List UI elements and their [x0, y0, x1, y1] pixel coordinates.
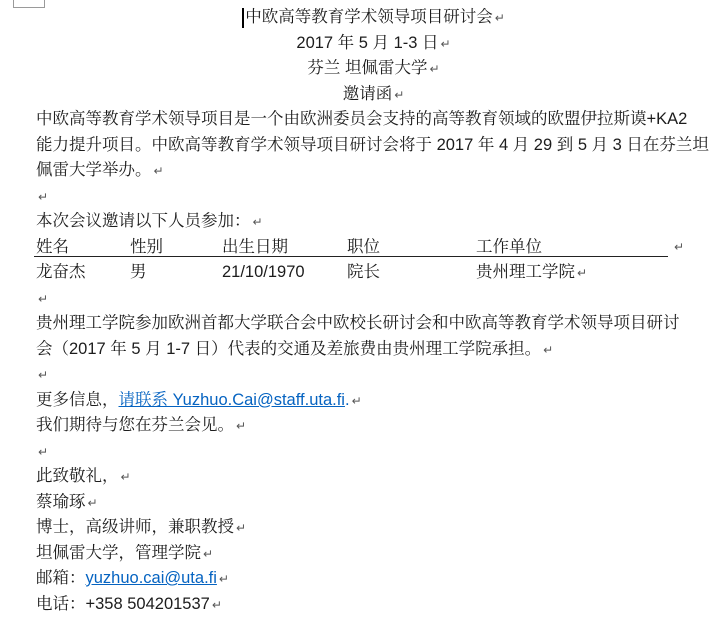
paragraph-mark-icon: ↵ [217, 572, 229, 586]
paragraph-mark-icon: ↵ [201, 547, 213, 561]
empty-line: ↵ [36, 362, 711, 388]
paragraph-mark-icon: ↵ [210, 598, 222, 612]
paragraph-mark-icon: ↵ [428, 62, 440, 76]
table-header-row: 姓名 性别 出生日期 职位 工作单位 ↵ [36, 235, 711, 261]
paragraph-mark-icon: ↵ [86, 496, 98, 510]
event-date: 2017 年 5 月 1-3 日 [296, 34, 438, 52]
event-location: 芬兰 坦佩雷大学 [307, 59, 427, 77]
paragraph-mark-icon: ↵ [36, 445, 48, 459]
empty-line: ↵ [36, 286, 711, 312]
signer-email-link[interactable]: yuzhuo.cai@uta.fi [86, 569, 217, 587]
paragraph-mark-icon: ↵ [36, 368, 48, 382]
signer-titles-line: 博士，高级讲师，兼职教授↵ [36, 515, 711, 541]
signer-name-line: 蔡瑜琢↵ [36, 490, 711, 516]
signer-affiliation: 坦佩雷大学，管理学院 [36, 544, 201, 562]
expense-text: 贵州理工学院参加欧洲首都大学联合会中欧校长研讨会和中欧高等教育学术领导项目研讨 [36, 314, 680, 332]
paragraph-mark-icon: ↵ [493, 11, 505, 25]
email-label: 邮箱： [36, 569, 86, 587]
paragraph-mark-icon: ↵ [152, 164, 164, 178]
intro-paragraph-line: 佩雷大学举办。↵ [36, 158, 711, 184]
cell-gender: 男 [130, 260, 147, 286]
salute-line: 此致敬礼，↵ [36, 464, 711, 490]
intro-text: 中欧高等教育学术领导项目是一个由欧洲委员会支持的高等教育领域的欧盟伊拉斯谟+KA… [36, 110, 687, 128]
text-cursor [242, 8, 244, 28]
intro-text: 能力提升项目。中欧高等教育学术领导项目研讨会将于 2017 年 4 月 29 到… [36, 136, 709, 154]
paragraph-mark-icon: ↵ [575, 266, 587, 280]
paragraph-mark-icon: ↵ [234, 419, 246, 433]
more-info-suffix: . [345, 391, 350, 409]
paragraph-mark-icon: ↵ [672, 235, 684, 261]
contact-email-link[interactable]: 请联系 Yuzhuo.Cai@staff.uta.fi [119, 391, 345, 409]
expense-paragraph-line: 贵州理工学院参加欧洲首都大学联合会中欧校长研讨会和中欧高等教育学术领导项目研讨 [36, 311, 711, 337]
empty-line: ↵ [36, 439, 711, 465]
doc-title: 中欧高等教育学术领导项目研讨会 [245, 8, 493, 26]
letter-subject: 邀请函 [343, 85, 393, 103]
paragraph-mark-icon: ↵ [36, 190, 48, 204]
phone-line: 电话：+358 504201537↵ [36, 592, 711, 618]
invite-lead-line: 本次会议邀请以下人员参加：↵ [36, 209, 711, 235]
paragraph-mark-icon: ↵ [541, 343, 553, 357]
document-page: 中欧高等教育学术领导项目研讨会↵ 2017 年 5 月 1-3 日↵ 芬兰 坦佩… [0, 0, 717, 635]
intro-paragraph-line: 能力提升项目。中欧高等教育学术领导项目研讨会将于 2017 年 4 月 29 到… [36, 133, 711, 159]
signer-phone: +358 504201537 [86, 595, 210, 613]
paragraph-mark-icon: ↵ [234, 521, 246, 535]
cell-name: 龙奋杰 [36, 260, 86, 286]
signer-affiliation-line: 坦佩雷大学，管理学院↵ [36, 541, 711, 567]
date-line: 2017 年 5 月 1-3 日↵ [36, 31, 711, 57]
expect-line: 我们期待与您在芬兰会见。↵ [36, 413, 711, 439]
invite-lead-text: 本次会议邀请以下人员参加： [36, 212, 251, 230]
more-info-line: 更多信息，请联系 Yuzhuo.Cai@staff.uta.fi.↵ [36, 388, 711, 414]
paragraph-mark-icon: ↵ [119, 470, 131, 484]
document-body: 中欧高等教育学术领导项目研讨会↵ 2017 年 5 月 1-3 日↵ 芬兰 坦佩… [0, 5, 717, 617]
salute-text: 此致敬礼， [36, 467, 119, 485]
header-underline [34, 256, 668, 257]
paragraph-mark-icon: ↵ [392, 88, 404, 102]
subject-line: 邀请函↵ [36, 82, 711, 108]
expect-text: 我们期待与您在芬兰会见。 [36, 416, 234, 434]
email-line: 邮箱：yuzhuo.cai@uta.fi↵ [36, 566, 711, 592]
table-row: 龙奋杰 男 21/10/1970 院长 贵州理工学院↵ [36, 260, 711, 286]
cell-position: 院长 [347, 260, 380, 286]
cell-birthdate: 21/10/1970 [222, 260, 305, 286]
signer-titles: 博士，高级讲师，兼职教授 [36, 518, 234, 536]
cell-workunit: 贵州理工学院↵ [476, 260, 587, 287]
intro-text: 佩雷大学举办。 [36, 161, 152, 179]
paragraph-mark-icon: ↵ [251, 215, 263, 229]
paragraph-mark-icon: ↵ [439, 37, 451, 51]
empty-line: ↵ [36, 184, 711, 210]
paragraph-mark-icon: ↵ [350, 394, 362, 408]
expense-text: 会（2017 年 5 月 1-7 日）代表的交通及差旅费由贵州理工学院承担。 [36, 340, 541, 358]
title-line: 中欧高等教育学术领导项目研讨会↵ [36, 5, 711, 31]
expense-paragraph-line: 会（2017 年 5 月 1-7 日）代表的交通及差旅费由贵州理工学院承担。↵ [36, 337, 711, 363]
phone-label: 电话： [36, 595, 86, 613]
cell-workunit-text: 贵州理工学院 [476, 263, 575, 281]
paragraph-mark-icon: ↵ [36, 292, 48, 306]
intro-paragraph-line: 中欧高等教育学术领导项目是一个由欧洲委员会支持的高等教育领域的欧盟伊拉斯谟+KA… [36, 107, 711, 133]
more-info-prefix: 更多信息， [36, 391, 119, 409]
location-line: 芬兰 坦佩雷大学↵ [36, 56, 711, 82]
signer-name: 蔡瑜琢 [36, 493, 86, 511]
